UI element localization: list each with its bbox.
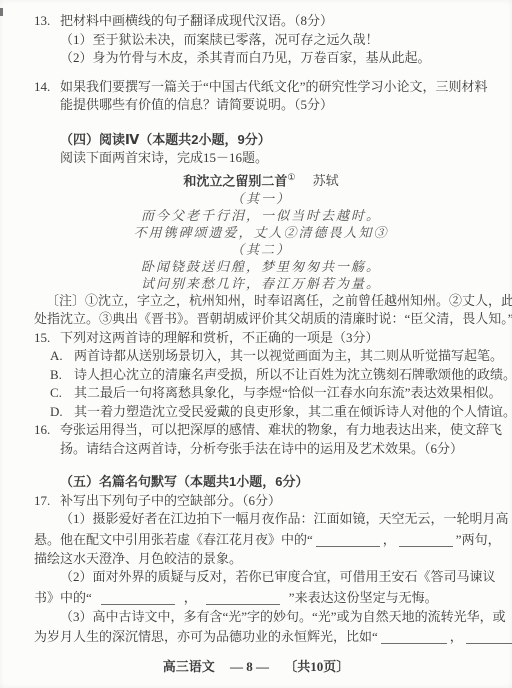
section-4-header: （四）阅读Ⅳ（本题共2小题，9分） xyxy=(60,131,488,150)
question-17-item-1-line-2: 悬。他在配文中引用张若虚《春江花月夜》中的“，”两句， xyxy=(34,529,488,550)
option-b-label: B. xyxy=(50,366,74,385)
question-16: 16. 夸张运用得当，可以把深厚的感情、难状的物象，有力地表达出来，使文辞飞 扬… xyxy=(34,421,488,458)
exam-paper-page: 13. 把材料中画横线的句子翻译成现代汉语。（8分） （1）至于狱讼未决，而案牍… xyxy=(0,0,512,688)
item-1-separator: ， xyxy=(383,532,396,547)
option-c-label: C. xyxy=(50,384,74,403)
item-3-text-pre: 为岁月人生的深沉情思，亦可为品德功业的永恒辉光，比如“ xyxy=(34,629,378,644)
spacer xyxy=(34,68,488,78)
poem-part-1-line-1: 而今父老千行泪，一似当时去越时。 xyxy=(34,207,488,224)
fill-in-blank xyxy=(466,630,512,644)
spacer xyxy=(34,458,488,473)
question-14: 14. 如果我们要撰写一篇关于“中国古代纸文化”的研究性学习小论文，三则材料 能… xyxy=(34,78,488,115)
question-15-option-b: B. 诗人担心沈立的清廉名声受损，所以不让百姓为沈立镌刻石牌歌颂他的政绩。 xyxy=(50,366,488,385)
poem-part-1-line-2: 不用镌碑颂遗爱，丈人②清德畏人知③ xyxy=(34,224,488,241)
question-15-stem: 下列对这两首诗的理解和赏析，不正确的一项是（3分） xyxy=(60,329,488,348)
poem-part-1-label: （其一） xyxy=(34,190,488,207)
question-13-number: 13. xyxy=(34,12,60,31)
poem-title: 和沈立之留别二首 xyxy=(183,173,287,188)
poem-part-2-line-1: 卧闻铙鼓送归艎，梦里匆匆共一觞。 xyxy=(34,258,488,275)
question-17-number: 17. xyxy=(34,492,60,511)
question-15-option-d: D. 其一着力塑造沈立受民爱戴的良吏形象，其二重在倾诉诗人对他的个人情谊。 xyxy=(50,403,488,422)
option-a-label: A. xyxy=(50,347,74,366)
footer-total-pages: 〔共10页〕 xyxy=(284,659,349,674)
question-14-line-2: 能提供哪些有价值的信息？请简要说明。（5分） xyxy=(60,96,488,115)
poem-block: 和沈立之留别二首① 苏轼 （其一） 而今父老千行泪，一似当时去越时。 不用镌碑颂… xyxy=(34,168,488,292)
poem-footnotes: 〔注〕①沈立，字立之，杭州知州，时奉诏离任，之前曾任越州知州。②丈人，此 处指沈… xyxy=(34,292,488,329)
fill-in-blank xyxy=(316,533,380,547)
question-17-item-2-line-2: 书》中的“，”来表达这份坚定与无悔。 xyxy=(34,587,488,608)
question-15-option-c: C. 其二最后一句将离愁具象化，与李煜“恰似一江春水向东流”表达效果相似。 xyxy=(50,384,488,403)
item-2-text-post: ”来表达这份坚定与无悔。 xyxy=(289,590,438,605)
page-footer: 高三语文 — 8 — 〔共10页〕 xyxy=(0,656,512,675)
question-13-item-2: （2）身为竹骨与木皮，杀其青而白乃见，万卷百家，基从此起。 xyxy=(60,49,488,68)
footnote-line-1: 〔注〕①沈立，字立之，杭州知州，时奉诏离任，之前曾任越州知州。②丈人，此 xyxy=(46,292,488,311)
fill-in-blank xyxy=(101,591,175,605)
poem-title-note-marker: ① xyxy=(287,172,295,182)
option-d-label: D. xyxy=(50,403,74,422)
exam-content: 13. 把材料中画横线的句子翻译成现代汉语。（8分） （1）至于狱讼未决，而案牍… xyxy=(34,12,488,647)
question-15-number: 15. xyxy=(34,329,60,348)
question-16-number: 16. xyxy=(34,421,60,440)
fill-in-blank xyxy=(399,533,453,547)
question-17-item-2-line-1: （2）面对外界的质疑与反对，若你已审度合宜，可借用王安石《答司马谏议 xyxy=(60,568,488,587)
fill-in-blank xyxy=(206,591,280,605)
item-3-separator: ， xyxy=(450,629,463,644)
poem-part-2-label: （其二） xyxy=(34,241,488,258)
question-14-line-1: 如果我们要撰写一篇关于“中国古代纸文化”的研究性学习小论文，三则材料 xyxy=(60,78,488,97)
scan-edge-artifact xyxy=(0,8,3,16)
spacer xyxy=(34,115,488,131)
question-13-item-1: （1）至于狱讼未决，而案牍已零落，况可存之远久哉！ xyxy=(60,31,488,50)
question-15: 15. 下列对这两首诗的理解和赏析，不正确的一项是（3分） xyxy=(34,329,488,348)
option-b-text: 诗人担心沈立的清廉名声受损，所以不让百姓为沈立镌刻石牌歌颂他的政绩。 xyxy=(74,366,512,385)
option-a-text: 两首诗都从送别场景切入，其一以视觉画面为主，其二则从听觉描写起笔。 xyxy=(74,347,503,366)
poem-title-row: 和沈立之留别二首① 苏轼 xyxy=(34,168,488,190)
question-17-stem: 补写出下列句子中的空缺部分。（6分） xyxy=(60,492,488,511)
item-2-text-pre: 书》中的“ xyxy=(34,590,92,605)
footer-page-number: — 8 — xyxy=(230,659,269,674)
section-5-header: （五）名篇名句默写（本题共1小题，6分） xyxy=(60,473,488,492)
poem-author: 苏轼 xyxy=(313,173,339,188)
poem-part-2-line-2: 试问别来愁几许，春江万斛若为量。 xyxy=(34,275,488,292)
question-15-option-a: A. 两首诗都从送别场景切入，其一以视觉画面为主，其二则从听觉描写起笔。 xyxy=(50,347,488,366)
footnote-line-2: 处指沈立。③典出《晋书》。晋朝胡威评价其父胡质的清廉时说：“臣父清，畏人知。” xyxy=(34,310,488,329)
question-17-item-1-line-3: 描绘这水天澄净、月色皎洁的景象。 xyxy=(34,550,488,569)
option-d-text: 其一着力塑造沈立受民爱戴的良吏形象，其二重在倾诉诗人对他的个人情谊。 xyxy=(74,403,512,422)
question-13: 13. 把材料中画横线的句子翻译成现代汉语。（8分） （1）至于狱讼未决，而案牍… xyxy=(34,12,488,68)
item-2-separator: ， xyxy=(184,590,197,605)
question-17: 17. 补写出下列句子中的空缺部分。（6分） xyxy=(34,492,488,511)
question-16-line-1: 夸张运用得当，可以把深厚的感情、难状的物象，有力地表达出来，使文辞飞 xyxy=(60,421,488,440)
fill-in-blank xyxy=(381,630,447,644)
question-17-item-1-line-1: （1）摄影爱好者在江边拍下一幅月夜作品：江面如镜，天空无云，一轮明月高 xyxy=(60,510,488,529)
reading-intro: 阅读下面两首宋诗，完成15－16题。 xyxy=(60,149,488,168)
question-13-stem: 把材料中画横线的句子翻译成现代汉语。（8分） xyxy=(60,12,488,31)
item-1-text-post: ”两句， xyxy=(456,532,501,547)
question-16-line-2: 扬。请结合这两首诗，分析夸张手法在诗中的运用及艺术效果。（6分） xyxy=(60,440,488,459)
option-c-text: 其二最后一句将离愁具象化，与李煜“恰似一江春水向东流”表达效果相似。 xyxy=(74,384,502,403)
footer-course-label: 高三语文 xyxy=(163,659,215,674)
question-14-number: 14. xyxy=(34,78,60,97)
item-1-text-pre: 悬。他在配文中引用张若虚《春江花月夜》中的“ xyxy=(34,532,313,547)
question-17-item-3-line-1: （3）高中古诗文中，多有含“光”字的妙句。“光”或为自然天地的流转光华，或 xyxy=(60,608,488,627)
question-17-item-3-line-2: 为岁月人生的深沉情思，亦可为品德功业的永恒辉光，比如“，” xyxy=(34,626,488,647)
